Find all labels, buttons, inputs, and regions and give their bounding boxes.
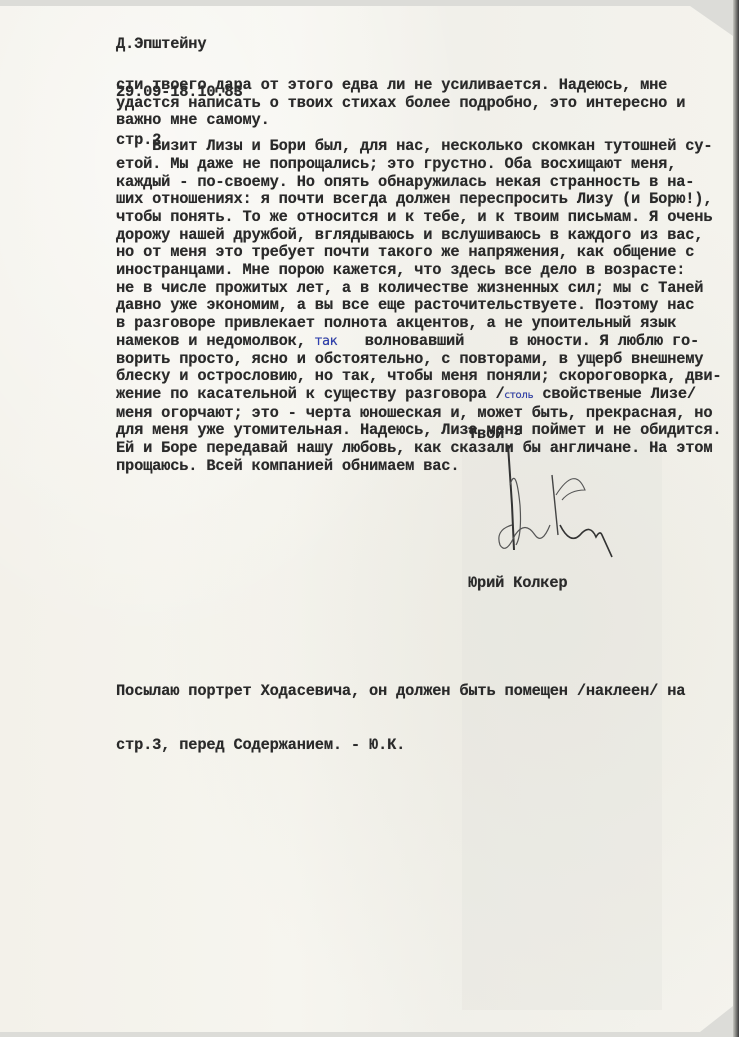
body-line: не в числе прожитых лет, а в количестве … bbox=[116, 280, 721, 298]
body-line: дорожу нашей дружбой, вглядываюсь и вслу… bbox=[116, 227, 721, 245]
scan-edge-shadow bbox=[733, 0, 739, 1037]
body-line: иностранцами. Мне порою кажется, что зде… bbox=[116, 262, 721, 280]
body-line: но от меня это требует почти такого же н… bbox=[116, 244, 721, 262]
body-line: чтобы понять. То же относится и к тебе, … bbox=[116, 209, 721, 227]
handwritten-signature bbox=[490, 445, 620, 560]
typed-text: в юности. Я люблю го- bbox=[500, 332, 699, 350]
body-line: важно мне самому. bbox=[116, 112, 721, 130]
postscript-line: Посылаю портрет Ходасевича, он должен бы… bbox=[116, 683, 685, 701]
body-line: ших отношениях: я почти всегда должен пе… bbox=[116, 191, 721, 209]
typed-text: жение по касательной к существу разговор… bbox=[116, 385, 505, 403]
typed-text: свойственые Лизе/ bbox=[533, 385, 696, 403]
body-line: блеску и острословию, но так, чтобы меня… bbox=[116, 368, 721, 386]
handwritten-annotation: столь bbox=[505, 390, 534, 401]
erased-text bbox=[473, 332, 500, 350]
closing: Твой - bbox=[468, 426, 522, 444]
erased-text bbox=[338, 332, 356, 350]
typed-text: волновавший bbox=[356, 332, 473, 350]
postscript: Посылаю портрет Ходасевича, он должен бы… bbox=[116, 648, 685, 772]
body-line: для меня уже утомительная. Надеюсь, Лиза… bbox=[116, 422, 721, 440]
body-line: жение по касательной к существу разговор… bbox=[116, 386, 721, 405]
body-line: етой. Мы даже не попрощались; это грустн… bbox=[116, 156, 721, 174]
handwritten-annotation: так bbox=[315, 334, 338, 349]
body-line: меня огорчают; это - черта юношеская и, … bbox=[116, 405, 721, 423]
recipient: Д.Эпштейну bbox=[116, 36, 243, 52]
body-line: намеков и недомолвок, так волновавший в … bbox=[116, 333, 721, 351]
body-line: прощаюсь. Всей компанией обнимаем вас. bbox=[116, 458, 721, 476]
signer-name: Юрий Колкер bbox=[468, 575, 567, 593]
body-line: ворить просто, ясно и обстоятельно, с по… bbox=[116, 351, 721, 369]
body-line: каждый - по-своему. Но опять обнаружилас… bbox=[116, 174, 721, 192]
body-line: сти твоего дара от этого едва ли не усил… bbox=[116, 77, 721, 95]
body-line: давно уже экономим, а вы все еще расточи… bbox=[116, 297, 721, 315]
body-line: удастся написать о твоих стихах более по… bbox=[116, 95, 721, 113]
postscript-line: стр.3, перед Содержанием. - Ю.К. bbox=[116, 737, 685, 755]
typed-text: намеков и недомолвок, bbox=[116, 332, 315, 350]
body-line: Визит Лизы и Бори был, для нас, нескольк… bbox=[116, 138, 721, 156]
body-line: в разговоре привлекает полнота акцентов,… bbox=[116, 315, 721, 333]
letter-body: сти твоего дара от этого едва ли не усил… bbox=[116, 77, 721, 475]
body-line: Ей и Боре передавай нашу любовь, как ска… bbox=[116, 440, 721, 458]
